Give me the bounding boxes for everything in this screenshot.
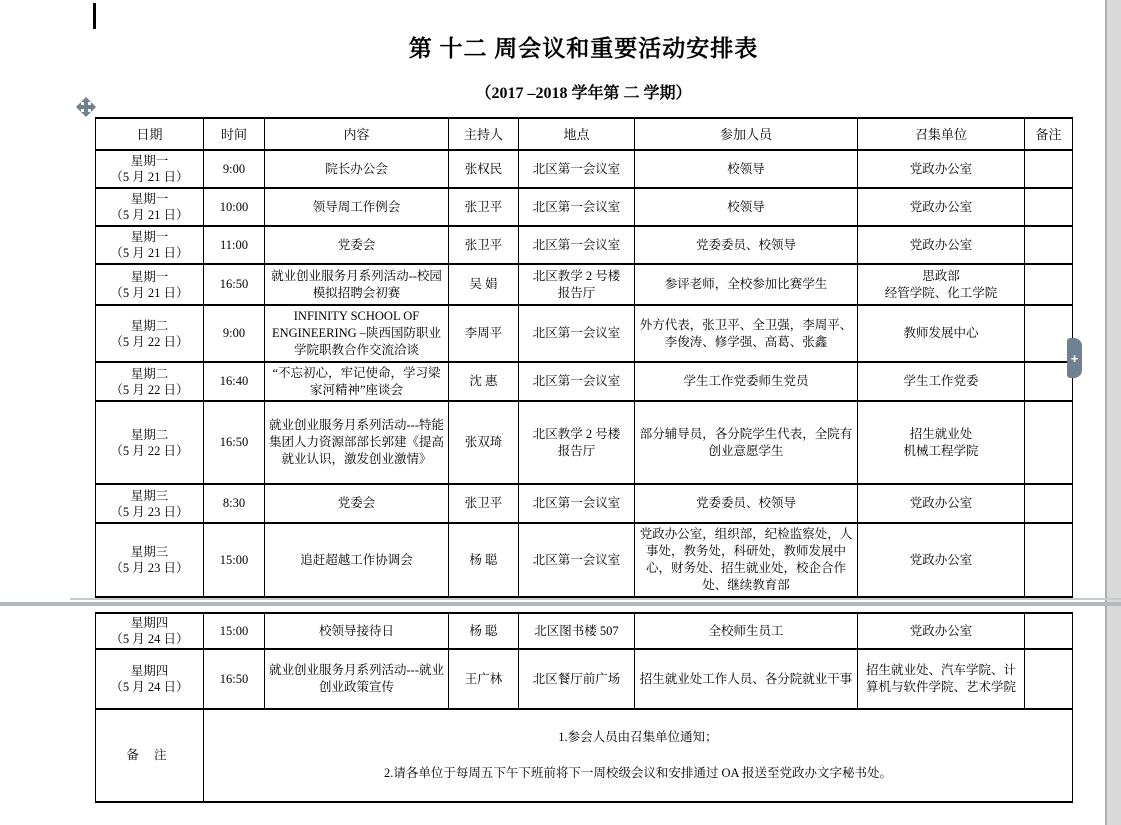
cell-time[interactable]: 16:50 xyxy=(204,401,265,484)
cell-note[interactable] xyxy=(1025,401,1073,484)
cell-loc[interactable]: 北区教学 2 号楼 报告厅 xyxy=(519,401,635,484)
cell-loc[interactable]: 北区第一会议室 xyxy=(519,523,635,597)
cell-note[interactable] xyxy=(1025,362,1073,401)
cell-time[interactable]: 15:00 xyxy=(204,613,265,649)
cell-org[interactable]: 招生就业处 机械工程学院 xyxy=(858,401,1025,484)
cell-date[interactable]: 星期二（5 月 22 日） xyxy=(96,401,204,484)
remarks-row: 备 注 1.参会人员由召集单位通知； 2.请各单位于每周五下午下班前将下一周校级… xyxy=(96,709,1073,802)
weekday-text: 星期四 xyxy=(100,615,199,631)
weekday-text: 星期二 xyxy=(100,427,199,443)
cell-content[interactable]: 校领导接待日 xyxy=(265,613,449,649)
cell-note[interactable] xyxy=(1025,150,1073,188)
col-header-date[interactable]: 日期 xyxy=(96,118,204,150)
cell-time[interactable]: 11:00 xyxy=(204,226,265,264)
schedule-table-page1: 日期 时间 内容 主持人 地点 参加人员 召集单位 备注 星期一（5 月 21 … xyxy=(95,117,1073,598)
cell-loc[interactable]: 北区第一会议室 xyxy=(519,484,635,523)
document-page[interactable]: 第 十二 周会议和重要活动安排表 （2017 –2018 学年第 二 学期） 日… xyxy=(0,0,1121,825)
cell-host[interactable]: 王广林 xyxy=(449,649,519,709)
page-break-line xyxy=(0,602,1121,606)
cell-date[interactable]: 星期一（5 月 21 日） xyxy=(96,150,204,188)
arrow-down-icon xyxy=(81,112,91,117)
plus-icon: + xyxy=(1071,352,1079,365)
date-text: （5 月 21 日） xyxy=(100,207,199,223)
weekday-text: 星期一 xyxy=(100,191,199,207)
cell-date[interactable]: 星期三（5 月 23 日） xyxy=(96,523,204,597)
arrow-up-icon xyxy=(81,97,91,102)
weekday-text: 星期一 xyxy=(100,269,199,285)
cell-org[interactable]: 党政办公室 xyxy=(858,226,1025,264)
cell-loc[interactable]: 北区第一会议室 xyxy=(519,362,635,401)
col-header-time[interactable]: 时间 xyxy=(204,118,265,150)
remarks-body-cell[interactable]: 1.参会人员由召集单位通知； 2.请各单位于每周五下午下班前将下一周校级会议和安… xyxy=(204,709,1073,802)
table-row: 星期二（5 月 22 日）9:00INFINITY SCHOOL OF ENGI… xyxy=(96,305,1073,362)
cell-content[interactable]: 党委会 xyxy=(265,484,449,523)
cell-loc[interactable]: 北区第一会议室 xyxy=(519,150,635,188)
date-text: （5 月 22 日） xyxy=(100,334,199,350)
cell-part[interactable]: 党委委员、校领导 xyxy=(635,226,858,264)
cell-content[interactable]: 就业创业服务月系列活动---就业创业政策宣传 xyxy=(265,649,449,709)
cell-date[interactable]: 星期二（5 月 22 日） xyxy=(96,362,204,401)
date-text: （5 月 21 日） xyxy=(100,169,199,185)
cell-host[interactable]: 张双琦 xyxy=(449,401,519,484)
table-row: 星期二（5 月 22 日）16:50就业创业服务月系列活动---特能集团人力资源… xyxy=(96,401,1073,484)
cell-content[interactable]: 就业创业服务月系列活动---特能集团人力资源部部长郭建《提高就业认识，激发创业激… xyxy=(265,401,449,484)
app-background-strip xyxy=(1105,0,1121,825)
cell-host[interactable]: 沈 惠 xyxy=(449,362,519,401)
cell-part[interactable]: 党委委员、校领导 xyxy=(635,484,858,523)
cell-time[interactable]: 8:30 xyxy=(204,484,265,523)
cell-date[interactable]: 星期四（5 月 24 日） xyxy=(96,649,204,709)
cell-host[interactable]: 张卫平 xyxy=(449,226,519,264)
cell-time[interactable]: 9:00 xyxy=(204,305,265,362)
date-text: （5 月 21 日） xyxy=(100,245,199,261)
weekday-text: 星期三 xyxy=(100,488,199,504)
cell-org[interactable]: 党政办公室 xyxy=(858,484,1025,523)
table-row: 星期一（5 月 21 日）16:50就业创业服务月系列活动--校园模拟招聘会初赛… xyxy=(96,264,1073,305)
weekday-text: 星期一 xyxy=(100,153,199,169)
date-text: （5 月 21 日） xyxy=(100,285,199,301)
text-cursor xyxy=(93,3,96,29)
cell-content[interactable]: 院长办公会 xyxy=(265,150,449,188)
table-row: 星期一（5 月 21 日）9:00院长办公会张权民北区第一会议室校领导党政办公室 xyxy=(96,150,1073,188)
cell-host[interactable]: 张权民 xyxy=(449,150,519,188)
cell-note[interactable] xyxy=(1025,188,1073,226)
cell-part[interactable]: 参评老师，全校参加比赛学生 xyxy=(635,264,858,305)
cell-org[interactable]: 教师发展中心 xyxy=(858,305,1025,362)
cell-loc[interactable]: 北区餐厅前广场 xyxy=(519,649,635,709)
cell-content[interactable]: 党委会 xyxy=(265,226,449,264)
cell-org[interactable]: 思政部 经管学院、化工学院 xyxy=(858,264,1025,305)
remarks-label-cell[interactable]: 备 注 xyxy=(96,709,204,802)
cell-org[interactable]: 党政办公室 xyxy=(858,523,1025,597)
cell-note[interactable] xyxy=(1025,264,1073,305)
remark-line-2: 2.请各单位于每周五下午下班前将下一周校级会议和安排通过 OA 报送至党政办文字… xyxy=(208,764,1068,783)
col-header-content[interactable]: 内容 xyxy=(265,118,449,150)
arrow-right-icon xyxy=(91,102,96,112)
table-row: 星期三（5 月 23 日）15:00追赶超越工作协调会杨 聪北区第一会议室党政办… xyxy=(96,523,1073,597)
cell-org[interactable]: 党政办公室 xyxy=(858,188,1025,226)
cell-org[interactable]: 招生就业处、汽车学院、计算机与软件学院、艺术学院 xyxy=(858,649,1025,709)
cell-org[interactable]: 党政办公室 xyxy=(858,613,1025,649)
cell-part[interactable]: 招生就业处工作人员、各分院就业干事 xyxy=(635,649,858,709)
cell-loc[interactable]: 北区图书楼 507 xyxy=(519,613,635,649)
date-text: （5 月 22 日） xyxy=(100,382,199,398)
cell-time[interactable]: 10:00 xyxy=(204,188,265,226)
weekday-text: 星期一 xyxy=(100,229,199,245)
cell-date[interactable]: 星期一（5 月 21 日） xyxy=(96,226,204,264)
cell-loc[interactable]: 北区第一会议室 xyxy=(519,188,635,226)
schedule-table-page2: 星期四（5 月 24 日）15:00校领导接待日杨 聪北区图书楼 507全校师生… xyxy=(95,612,1073,803)
cell-time[interactable]: 15:00 xyxy=(204,523,265,597)
cell-loc[interactable]: 北区第一会议室 xyxy=(519,226,635,264)
table-row: 星期一（5 月 21 日）10:00领导周工作例会张卫平北区第一会议室校领导党政… xyxy=(96,188,1073,226)
cell-host[interactable]: 吴 娟 xyxy=(449,264,519,305)
cell-note[interactable] xyxy=(1025,484,1073,523)
cell-host[interactable]: 杨 聪 xyxy=(449,613,519,649)
table-row: 星期四（5 月 24 日）16:50就业创业服务月系列活动---就业创业政策宣传… xyxy=(96,649,1073,709)
cell-org[interactable]: 党政办公室 xyxy=(858,150,1025,188)
cell-org[interactable]: 学生工作党委 xyxy=(858,362,1025,401)
cell-time[interactable]: 16:50 xyxy=(204,649,265,709)
table-move-handle-icon[interactable] xyxy=(76,97,96,117)
cell-content[interactable]: INFINITY SCHOOL OF ENGINEERING –陕西国防职业学院… xyxy=(265,305,449,362)
cell-note[interactable] xyxy=(1025,613,1073,649)
cell-date[interactable]: 星期三（5 月 23 日） xyxy=(96,484,204,523)
weekday-text: 星期四 xyxy=(100,663,199,679)
cell-time[interactable]: 16:40 xyxy=(204,362,265,401)
cell-content[interactable]: 领导周工作例会 xyxy=(265,188,449,226)
page-title: 第 十二 周会议和重要活动安排表 xyxy=(95,30,1072,63)
cell-part[interactable]: 部分辅导员，各分院学生代表，全院有创业意愿学生 xyxy=(635,401,858,484)
table-row: 星期二（5 月 22 日）16:40“不忘初心，牢记使命，学习梁家河精神”座谈会… xyxy=(96,362,1073,401)
cell-part[interactable]: 全校师生员工 xyxy=(635,613,858,649)
col-header-note[interactable]: 备注 xyxy=(1025,118,1073,150)
weekday-text: 星期二 xyxy=(100,318,199,334)
add-annotation-button[interactable]: + xyxy=(1067,338,1082,378)
cell-content[interactable]: 就业创业服务月系列活动--校园模拟招聘会初赛 xyxy=(265,264,449,305)
cell-date[interactable]: 星期一（5 月 21 日） xyxy=(96,188,204,226)
weekday-text: 星期二 xyxy=(100,366,199,382)
table-row: 星期一（5 月 21 日）11:00党委会张卫平北区第一会议室党委委员、校领导党… xyxy=(96,226,1073,264)
cell-part[interactable]: 校领导 xyxy=(635,150,858,188)
col-header-participants[interactable]: 参加人员 xyxy=(635,118,858,150)
cell-host[interactable]: 张卫平 xyxy=(449,188,519,226)
cell-date[interactable]: 星期四（5 月 24 日） xyxy=(96,613,204,649)
cell-loc[interactable]: 北区教学 2 号楼 报告厅 xyxy=(519,264,635,305)
cell-host[interactable]: 杨 聪 xyxy=(449,523,519,597)
date-text: （5 月 24 日） xyxy=(100,679,199,695)
cell-loc[interactable]: 北区第一会议室 xyxy=(519,305,635,362)
cell-part[interactable]: 校领导 xyxy=(635,188,858,226)
cell-note[interactable] xyxy=(1025,649,1073,709)
date-text: （5 月 22 日） xyxy=(100,443,199,459)
table-row: 星期三（5 月 23 日）8:30党委会张卫平北区第一会议室党委委员、校领导党政… xyxy=(96,484,1073,523)
page-break-line xyxy=(70,598,1121,600)
date-text: （5 月 23 日） xyxy=(100,560,199,576)
cell-part[interactable]: 党政办公室，组织部，纪检监察处，人事处，教务处，科研处，教师发展中心，财务处、招… xyxy=(635,523,858,597)
cell-part[interactable]: 外方代表，张卫平、全卫强，李周平、李俊涛、修学强、高葛、张鑫 xyxy=(635,305,858,362)
cell-host[interactable]: 张卫平 xyxy=(449,484,519,523)
cell-date[interactable]: 星期二（5 月 22 日） xyxy=(96,305,204,362)
arrow-left-icon xyxy=(76,102,81,112)
table-row: 星期四（5 月 24 日）15:00校领导接待日杨 聪北区图书楼 507全校师生… xyxy=(96,613,1073,649)
remark-line-1: 1.参会人员由召集单位通知； xyxy=(208,728,1068,747)
cell-note[interactable] xyxy=(1025,305,1073,362)
page-subtitle: （2017 –2018 学年第 二 学期） xyxy=(95,80,1072,103)
date-text: （5 月 24 日） xyxy=(100,631,199,647)
cell-note[interactable] xyxy=(1025,226,1073,264)
cell-host[interactable]: 李周平 xyxy=(449,305,519,362)
cell-part[interactable]: 学生工作党委师生党员 xyxy=(635,362,858,401)
col-header-host[interactable]: 主持人 xyxy=(449,118,519,150)
cell-time[interactable]: 16:50 xyxy=(204,264,265,305)
cell-date[interactable]: 星期一（5 月 21 日） xyxy=(96,264,204,305)
cell-content[interactable]: “不忘初心，牢记使命，学习梁家河精神”座谈会 xyxy=(265,362,449,401)
table-header-row: 日期 时间 内容 主持人 地点 参加人员 召集单位 备注 xyxy=(96,118,1073,150)
col-header-organizer[interactable]: 召集单位 xyxy=(858,118,1025,150)
date-text: （5 月 23 日） xyxy=(100,504,199,520)
cell-time[interactable]: 9:00 xyxy=(204,150,265,188)
cell-content[interactable]: 追赶超越工作协调会 xyxy=(265,523,449,597)
col-header-location[interactable]: 地点 xyxy=(519,118,635,150)
weekday-text: 星期三 xyxy=(100,544,199,560)
cell-note[interactable] xyxy=(1025,523,1073,597)
